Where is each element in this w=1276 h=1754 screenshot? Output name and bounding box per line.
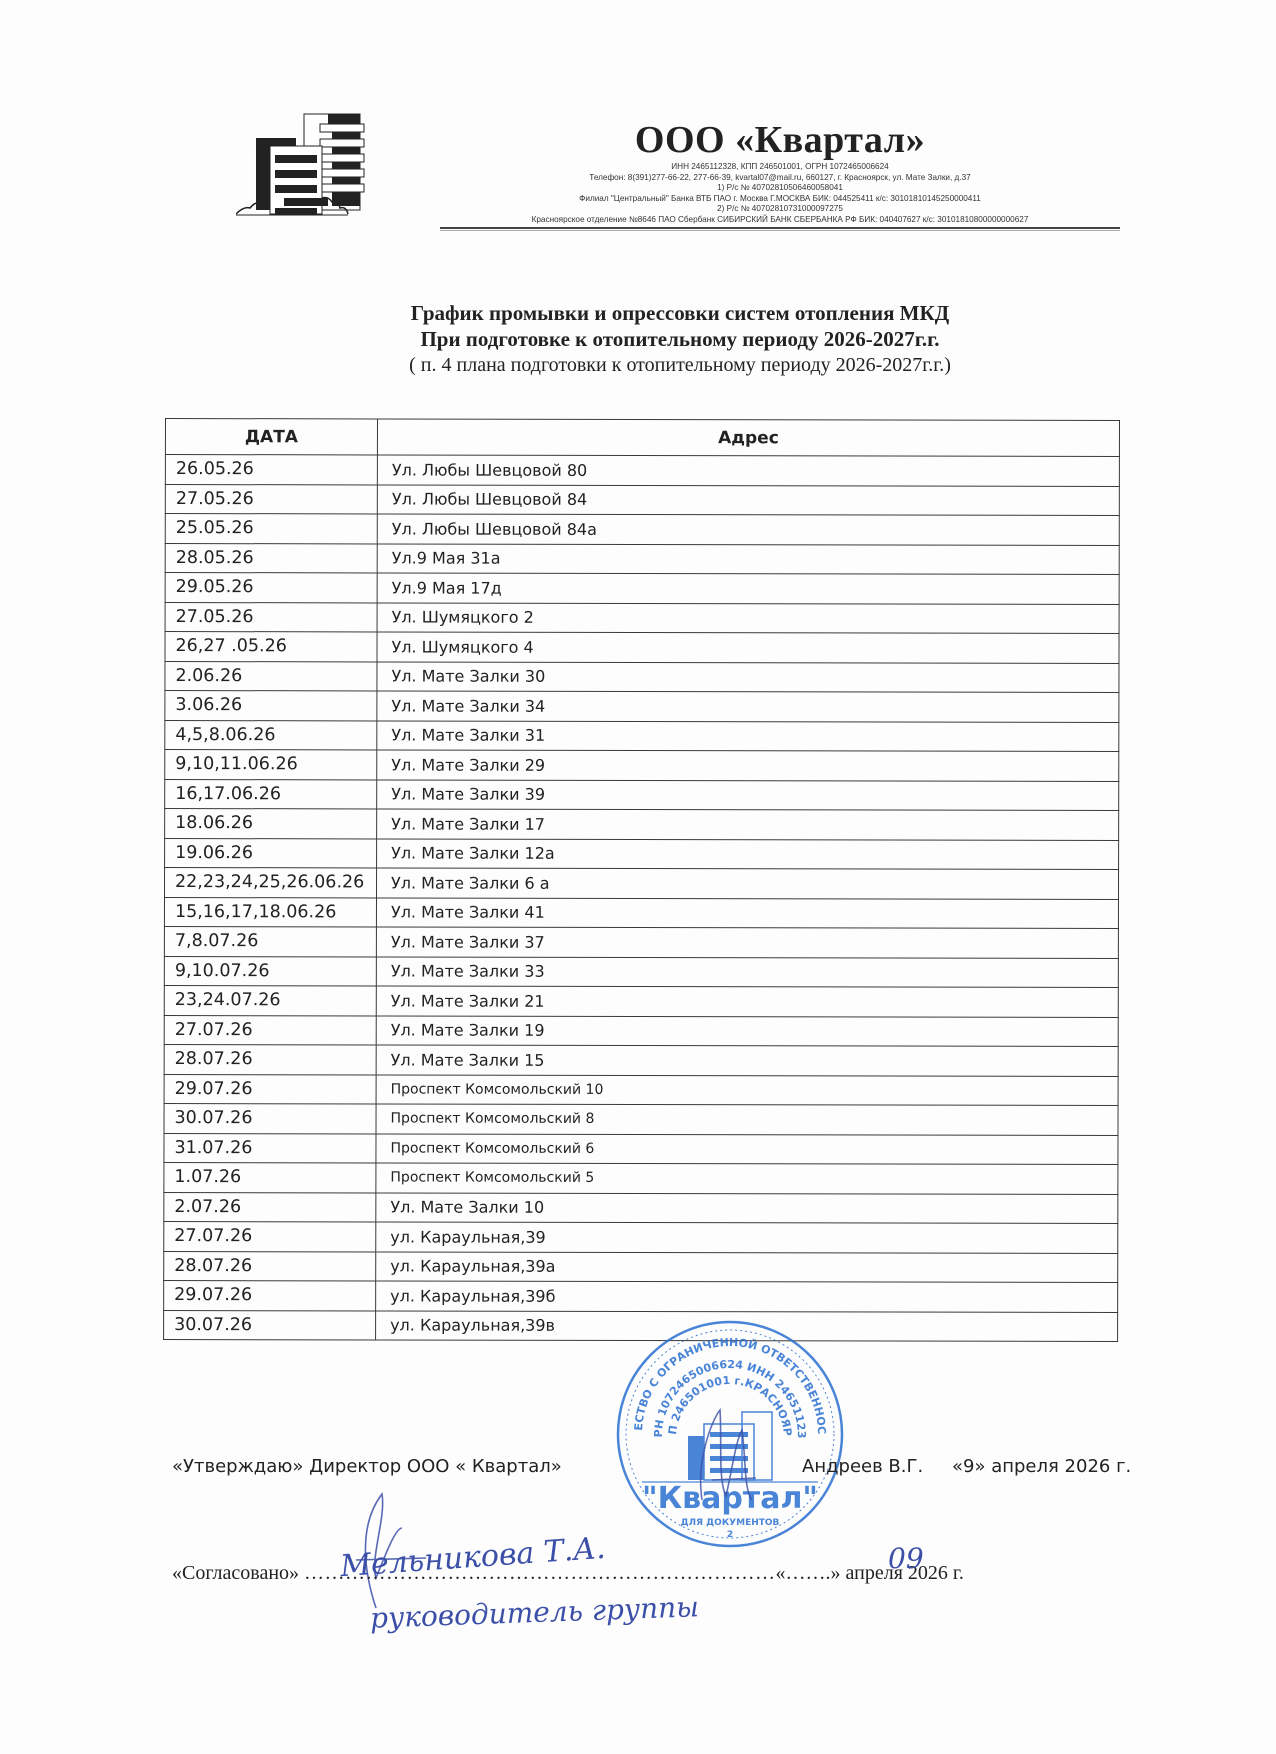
date-cell: 26.05.26	[165, 455, 377, 485]
table-row: 18.06.26Ул. Мате Залки 17	[165, 809, 1119, 840]
address-cell: Ул. Шумяцкого 4	[377, 632, 1119, 663]
requisites-line: ИНН 2465112328, КПП 246501001, ОГРН 1072…	[440, 162, 1120, 173]
address-cell: Ул. Мате Залки 15	[376, 1045, 1118, 1076]
requisites-line: 1) Р/с № 40702810506460058041	[440, 183, 1120, 194]
address-cell: Ул. Любы Шевцовой 80	[377, 455, 1119, 486]
address-cell: Ул. Мате Залки 29	[377, 750, 1119, 781]
table-row: 3.06.26Ул. Мате Залки 34	[165, 691, 1119, 722]
date-cell: 2.07.26	[164, 1192, 376, 1222]
table-row: 2.07.26Ул. Мате Залки 10	[164, 1192, 1118, 1223]
date-cell: 3.06.26	[165, 691, 377, 721]
table-row: 28.05.26Ул.9 Мая 31а	[165, 543, 1119, 574]
table-row: 27.07.26Ул. Мате Залки 19	[164, 1015, 1118, 1046]
address-cell: Ул.9 Мая 31а	[377, 543, 1119, 574]
letterhead-divider-thin	[440, 230, 1120, 231]
date-cell: 31.07.26	[164, 1133, 376, 1163]
date-cell: 26,27 .05.26	[165, 632, 377, 662]
address-cell: Ул. Мате Залки 39	[377, 779, 1119, 810]
table-row: 27.07.26ул. Караульная,39	[164, 1221, 1118, 1252]
table-row: 9,10,11.06.26Ул. Мате Залки 29	[165, 750, 1119, 781]
day-open-quote: «	[776, 1562, 786, 1584]
table-row: 29.07.26Проспект Комсомольский 10	[164, 1074, 1118, 1105]
address-cell: Ул. Шумяцкого 2	[377, 602, 1119, 633]
address-cell: Ул. Любы Шевцовой 84	[377, 484, 1119, 515]
date-cell: 19.06.26	[165, 838, 377, 868]
column-header-date: ДАТА	[165, 419, 377, 455]
table-row: 1.07.26Проспект Комсомольский 5	[164, 1162, 1118, 1193]
address-cell: Ул. Мате Залки 34	[377, 691, 1119, 722]
table-row: 29.05.26Ул.9 Мая 17д	[165, 573, 1119, 604]
table-row: 28.07.26ул. Караульная,39а	[164, 1251, 1118, 1282]
agreement-line: «Согласовано» ……………………………………………………………«………	[172, 1562, 1132, 1585]
date-cell: 28.07.26	[164, 1251, 376, 1281]
table-row: 30.07.26Проспект Комсомольский 8	[164, 1103, 1118, 1134]
date-cell: 27.07.26	[164, 1015, 376, 1045]
requisites-line: 2) Р/с № 40702810731000097275	[440, 204, 1120, 215]
date-cell: 22,23,24,25,26.06.26	[164, 868, 376, 898]
requisites-line: Телефон: 8(391)277-66-22, 277-66-39, kva…	[440, 173, 1120, 184]
date-cell: 16,17.06.26	[165, 779, 377, 809]
approval-date: «9» апреля 2026 г.	[952, 1456, 1131, 1477]
address-cell: Ул. Мате Залки 10	[376, 1192, 1118, 1223]
table-row: 4,5,8.06.26Ул. Мате Залки 31	[165, 720, 1119, 751]
address-cell: Проспект Комсомольский 8	[376, 1104, 1118, 1135]
address-cell: Ул. Мате Залки 19	[376, 1015, 1118, 1046]
address-cell: Ул. Мате Залки 6 а	[376, 868, 1118, 899]
table-row: 25.05.26Ул. Любы Шевцовой 84а	[165, 514, 1119, 545]
table-row: 26.05.26Ул. Любы Шевцовой 80	[165, 455, 1119, 486]
date-cell: 15,16,17,18.06.26	[164, 897, 376, 927]
table-row: 26,27 .05.26Ул. Шумяцкого 4	[165, 632, 1119, 663]
company-requisites: ИНН 2465112328, КПП 246501001, ОГРН 1072…	[440, 162, 1120, 226]
column-header-address: Адрес	[377, 419, 1119, 457]
address-cell: Ул. Мате Залки 31	[377, 720, 1119, 751]
date-cell: 29.07.26	[164, 1074, 376, 1104]
date-cell: 30.07.26	[164, 1310, 376, 1340]
table-row: 2.06.26Ул. Мате Залки 30	[165, 661, 1119, 692]
stamp-purpose: ДЛЯ ДОКУМЕНТОВ	[681, 1518, 780, 1528]
address-cell: Ул.9 Мая 17д	[377, 573, 1119, 604]
address-cell: ул. Караульная,39б	[376, 1281, 1118, 1312]
table-row: 27.05.26Ул. Любы Шевцовой 84	[165, 484, 1119, 515]
table-row: 7,8.07.26Ул. Мате Залки 37	[164, 926, 1118, 957]
stamp-number: 2	[727, 1530, 733, 1540]
title-line-3: ( п. 4 плана подготовки к отопительному …	[300, 352, 1060, 378]
date-cell: 25.05.26	[165, 514, 377, 544]
schedule-table-body: 26.05.26Ул. Любы Шевцовой 8027.05.26Ул. …	[164, 455, 1120, 1342]
table-row: 16,17.06.26Ул. Мате Залки 39	[165, 779, 1119, 810]
address-cell: Ул. Мате Залки 30	[377, 661, 1119, 692]
date-cell: 27.05.26	[165, 484, 377, 514]
approval-label: «Утверждаю» Директор ООО « Квартал»	[172, 1456, 562, 1477]
table-row: 22,23,24,25,26.06.26Ул. Мате Залки 6 а	[164, 868, 1118, 899]
address-cell: Проспект Комсомольский 10	[376, 1074, 1118, 1105]
date-cell: 9,10,11.06.26	[165, 750, 377, 780]
document-page: ООО «Квартал» ИНН 2465112328, КПП 246501…	[0, 0, 1276, 1754]
director-name: Андреев В.Г.	[802, 1456, 923, 1477]
requisites-line: Филиал "Центральный" Банка ВТБ ПАО г. Мо…	[440, 194, 1120, 205]
date-cell: 9,10.07.26	[164, 956, 376, 986]
title-line-2: При подготовке к отопительному периоду 2…	[300, 326, 1060, 352]
table-row: 23,24.07.26Ул. Мате Залки 21	[164, 985, 1118, 1016]
building-logo-icon	[236, 108, 376, 218]
date-cell: 30.07.26	[164, 1103, 376, 1133]
date-cell: 1.07.26	[164, 1162, 376, 1192]
company-name: ООО «Квартал»	[440, 118, 1120, 162]
address-cell: Ул. Мате Залки 37	[376, 927, 1118, 958]
table-header-row: ДАТА Адрес	[165, 419, 1119, 457]
address-cell: Ул. Мате Залки 33	[376, 956, 1118, 987]
date-cell: 23,24.07.26	[164, 985, 376, 1015]
address-cell: Ул. Мате Залки 17	[377, 809, 1119, 840]
director-signature	[692, 1400, 772, 1510]
table-row: 19.06.26Ул. Мате Залки 12а	[165, 838, 1119, 869]
table-row: 28.07.26Ул. Мате Залки 15	[164, 1044, 1118, 1075]
address-cell: ул. Караульная,39	[376, 1222, 1118, 1253]
date-cell: 2.06.26	[165, 661, 377, 691]
day-dots: …….	[786, 1562, 831, 1584]
table-row: 9,10.07.26Ул. Мате Залки 33	[164, 956, 1118, 987]
handwritten-day: 09	[888, 1542, 924, 1575]
document-title: График промывки и опрессовки систем отоп…	[300, 300, 1060, 378]
date-cell: 27.07.26	[164, 1221, 376, 1251]
address-cell: Проспект Комсомольский 5	[376, 1163, 1118, 1194]
address-cell: Ул. Мате Залки 12а	[377, 838, 1119, 869]
table-row: 29.07.26ул. Караульная,39б	[164, 1280, 1118, 1311]
address-cell: Ул. Любы Шевцовой 84а	[377, 514, 1119, 545]
date-cell: 29.05.26	[165, 573, 377, 603]
date-cell: 28.07.26	[164, 1044, 376, 1074]
date-cell: 18.06.26	[165, 809, 377, 839]
table-row: 31.07.26Проспект Комсомольский 6	[164, 1133, 1118, 1164]
letterhead-divider	[440, 227, 1120, 229]
date-cell: 27.05.26	[165, 602, 377, 632]
address-cell: Ул. Мате Залки 21	[376, 986, 1118, 1017]
agreement-label: «Согласовано»	[172, 1562, 299, 1584]
address-cell: Ул. Мате Залки 41	[376, 897, 1118, 928]
title-line-1: График промывки и опрессовки систем отоп…	[300, 300, 1060, 326]
table-row: 15,16,17,18.06.26Ул. Мате Залки 41	[164, 897, 1118, 928]
address-cell: Проспект Комсомольский 6	[376, 1133, 1118, 1164]
requisites-line: Красноярское отделение №8646 ПАО Сбербан…	[440, 215, 1120, 226]
date-cell: 4,5,8.06.26	[165, 720, 377, 750]
date-cell: 28.05.26	[165, 543, 377, 573]
date-cell: 29.07.26	[164, 1280, 376, 1310]
schedule-table: ДАТА Адрес 26.05.26Ул. Любы Шевцовой 802…	[163, 418, 1120, 1342]
table-row: 27.05.26Ул. Шумяцкого 2	[165, 602, 1119, 633]
address-cell: ул. Караульная,39а	[376, 1251, 1118, 1282]
date-cell: 7,8.07.26	[164, 926, 376, 956]
